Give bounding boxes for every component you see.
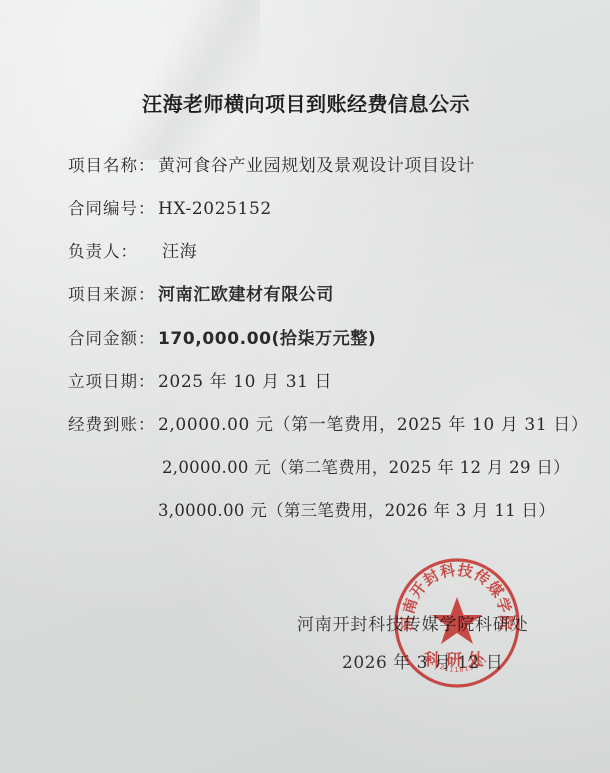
field-label: 项目名称： [68,154,158,178]
document-title: 汪海老师横向项目到账经费信息公示 [0,88,610,117]
field-label: 合同编号： [68,197,158,221]
field-value: 汪海 [162,240,197,264]
signature-date: 2026 年 3 月 12 日 [342,648,503,673]
field-value: 黄河食谷产业园规划及景观设计项目设计 [158,154,475,178]
field-label: 合同金额： [68,327,158,351]
field-value: 河南汇欧建材有限公司 [158,283,334,307]
field-label: 项目来源： [68,283,158,307]
field-person-in-charge: 负责人： 汪海 [68,240,197,264]
field-value: 170,000.00(拾柒万元整) [158,327,376,351]
field-label: 经费到账： [68,413,158,437]
fund-entry-1: 2,0000.00 元（第一笔费用，2025 年 10 月 31 日） [158,413,588,437]
field-label: 负责人： [68,240,158,264]
field-project-source: 项目来源： 河南汇欧建材有限公司 [68,283,334,307]
field-funds-received: 经费到账： 2,0000.00 元（第一笔费用，2025 年 10 月 31 日… [68,413,588,437]
field-start-date: 立项日期： 2025 年 10 月 31 日 [68,370,332,394]
field-contract-amount: 合同金额： 170,000.00(拾柒万元整) [68,327,376,351]
field-project-name: 项目名称： 黄河食谷产业园规划及景观设计项目设计 [68,154,475,178]
fund-entry-3: 3,0000.00 元（第三笔费用，2026 年 3 月 11 日） [158,499,555,523]
field-contract-number: 合同编号： HX-2025152 [68,197,272,221]
field-value: HX-2025152 [158,197,272,221]
signature-organization: 河南开封科技传媒学院科研处 [297,610,528,635]
field-label: 立项日期： [68,370,158,394]
fund-entry-2: 2,0000.00 元（第二笔费用，2025 年 12 月 29 日） [162,456,570,480]
field-value: 2025 年 10 月 31 日 [158,370,332,394]
